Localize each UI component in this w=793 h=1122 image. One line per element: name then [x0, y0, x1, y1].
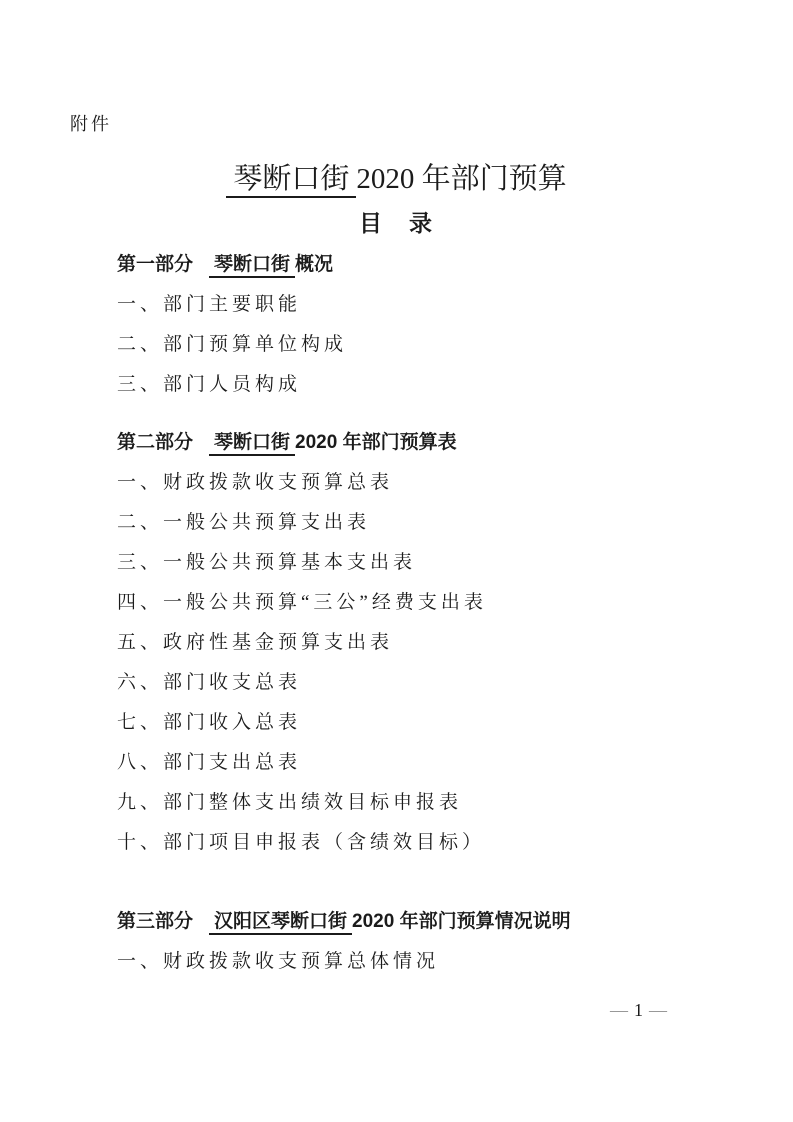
section-1-label: 第一部分 [117, 254, 193, 275]
section-1-underlined: 琴断口街 [209, 254, 295, 278]
toc-item: 一、财政拨款收支预算总表 [117, 463, 733, 503]
toc-item: 六、部门收支总表 [117, 663, 733, 703]
toc-item: 二、一般公共预算支出表 [117, 503, 733, 543]
toc-item: 一、部门主要职能 [117, 285, 733, 325]
section-1-heading-rest: 概况 [295, 254, 333, 275]
page-number-value: 1 [634, 1000, 643, 1020]
toc-item: 九、部门整体支出绩效目标申报表 [117, 783, 733, 823]
toc-item: 一、财政拨款收支预算总体情况 [117, 942, 733, 982]
toc-item: 七、部门收入总表 [117, 703, 733, 743]
document-page: 附件 琴断口街2020 年部门预算 目 录 第一部分琴断口街概况 一、部门主要职… [0, 0, 793, 1122]
section-3-heading: 第三部分汉阳区琴断口街2020 年部门预算情况说明 [117, 902, 733, 942]
toc-item: 三、一般公共预算基本支出表 [117, 543, 733, 583]
page-number-right-dash: — [643, 1000, 673, 1020]
attachment-label: 附件 [70, 110, 112, 136]
toc-item: 八、部门支出总表 [117, 743, 733, 783]
page-number-left-dash: — [604, 1000, 634, 1020]
section-3-underlined: 汉阳区琴断口街 [209, 911, 352, 935]
section-2-label: 第二部分 [117, 432, 193, 453]
section-2-heading-rest: 2020 年部门预算表 [295, 432, 457, 453]
document-title: 琴断口街2020 年部门预算 [0, 156, 793, 197]
document-title-underlined: 琴断口街 [226, 163, 356, 198]
toc-item: 十、部门项目申报表（含绩效目标） [117, 823, 733, 863]
section-part-1: 第一部分琴断口街概况 一、部门主要职能 二、部门预算单位构成 三、部门人员构成 [117, 245, 733, 405]
section-1-heading: 第一部分琴断口街概况 [117, 245, 733, 285]
toc-item: 三、部门人员构成 [117, 365, 733, 405]
document-title-rest: 2020 年部门预算 [356, 163, 566, 195]
section-3-heading-rest: 2020 年部门预算情况说明 [352, 911, 571, 932]
page-number: —1— [604, 1000, 673, 1021]
toc-item: 四、一般公共预算“三公”经费支出表 [117, 583, 733, 623]
section-3-label: 第三部分 [117, 911, 193, 932]
section-part-2: 第二部分琴断口街2020 年部门预算表 一、财政拨款收支预算总表 二、一般公共预… [117, 423, 733, 863]
section-2-underlined: 琴断口街 [209, 432, 295, 456]
section-part-3: 第三部分汉阳区琴断口街2020 年部门预算情况说明 一、财政拨款收支预算总体情况 [117, 902, 733, 982]
toc-title: 目 录 [0, 205, 793, 238]
toc-item: 二、部门预算单位构成 [117, 325, 733, 365]
toc-item: 五、政府性基金预算支出表 [117, 623, 733, 663]
section-2-heading: 第二部分琴断口街2020 年部门预算表 [117, 423, 733, 463]
